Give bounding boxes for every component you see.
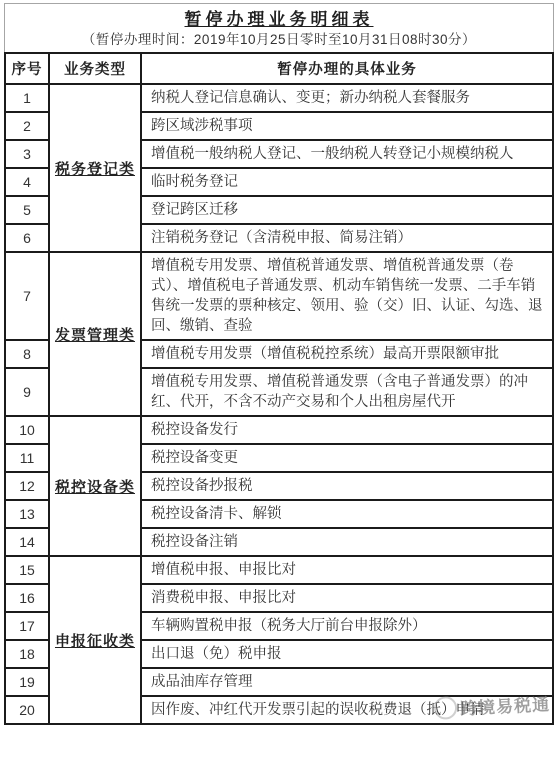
column-header-no: 序号: [5, 53, 49, 84]
business-cell: 增值税专用发票（增值税税控系统）最高开票限额审批: [141, 340, 553, 368]
business-cell: 跨区域涉税事项: [141, 112, 553, 140]
business-cell: 成品油库存管理: [141, 668, 553, 696]
business-cell: 税控设备注销: [141, 528, 553, 556]
category-cell: 税控设备类: [49, 416, 141, 556]
row-number-cell: 5: [5, 196, 49, 224]
business-cell: 税控设备抄报税: [141, 472, 553, 500]
row-number-cell: 16: [5, 584, 49, 612]
row-number-cell: 9: [5, 368, 49, 416]
column-header-category: 业务类型: [49, 53, 141, 84]
business-cell: 出口退（免）税申报: [141, 640, 553, 668]
page-subtitle: （暂停办理时间：2019年10月25日零时至10月31日08时30分）: [5, 31, 553, 49]
row-number-cell: 1: [5, 84, 49, 112]
business-cell: 消费税申报、申报比对: [141, 584, 553, 612]
row-number-cell: 6: [5, 224, 49, 252]
header-row: 序号 业务类型 暂停办理的具体业务: [5, 53, 553, 84]
page-title: 暂停办理业务明细表: [5, 9, 553, 31]
business-cell: 纳税人登记信息确认、变更；新办纳税人套餐服务: [141, 84, 553, 112]
row-number-cell: 19: [5, 668, 49, 696]
row-number-cell: 17: [5, 612, 49, 640]
table-row: 1税务登记类纳税人登记信息确认、变更；新办纳税人套餐服务: [5, 84, 553, 112]
suspended-services-table: 序号 业务类型 暂停办理的具体业务 1税务登记类纳税人登记信息确认、变更；新办纳…: [4, 52, 554, 725]
business-cell: 临时税务登记: [141, 168, 553, 196]
table-row: 7发票管理类增值税专用发票、增值税普通发票、增值税普通发票（卷式）、增值税电子普…: [5, 252, 553, 340]
column-header-business: 暂停办理的具体业务: [141, 53, 553, 84]
document-sheet: 暂停办理业务明细表 （暂停办理时间：2019年10月25日零时至10月31日08…: [0, 0, 558, 757]
row-number-cell: 13: [5, 500, 49, 528]
row-number-cell: 3: [5, 140, 49, 168]
table-body: 1税务登记类纳税人登记信息确认、变更；新办纳税人套餐服务2跨区域涉税事项3增值税…: [5, 84, 553, 724]
business-cell: 税控设备清卡、解锁: [141, 500, 553, 528]
table-title-block: 暂停办理业务明细表 （暂停办理时间：2019年10月25日零时至10月31日08…: [4, 3, 554, 52]
business-cell: 增值税申报、申报比对: [141, 556, 553, 584]
row-number-cell: 18: [5, 640, 49, 668]
business-cell: 增值税专用发票、增值税普通发票（含电子普通发票）的冲红、代开，不含不动产交易和个…: [141, 368, 553, 416]
business-cell: 税控设备发行: [141, 416, 553, 444]
row-number-cell: 2: [5, 112, 49, 140]
business-cell: 因作废、冲红代开发票引起的误收税费退（抵）申请: [141, 696, 553, 724]
row-number-cell: 10: [5, 416, 49, 444]
row-number-cell: 15: [5, 556, 49, 584]
table-row: 15申报征收类增值税申报、申报比对: [5, 556, 553, 584]
row-number-cell: 20: [5, 696, 49, 724]
category-cell: 申报征收类: [49, 556, 141, 724]
table-header: 序号 业务类型 暂停办理的具体业务: [5, 53, 553, 84]
business-cell: 车辆购置税申报（税务大厅前台申报除外）: [141, 612, 553, 640]
category-cell: 发票管理类: [49, 252, 141, 416]
business-cell: 增值税一般纳税人登记、一般纳税人转登记小规模纳税人: [141, 140, 553, 168]
business-cell: 登记跨区迁移: [141, 196, 553, 224]
table-row: 10税控设备类税控设备发行: [5, 416, 553, 444]
row-number-cell: 11: [5, 444, 49, 472]
row-number-cell: 8: [5, 340, 49, 368]
row-number-cell: 14: [5, 528, 49, 556]
business-cell: 注销税务登记（含清税申报、简易注销）: [141, 224, 553, 252]
business-cell: 税控设备变更: [141, 444, 553, 472]
row-number-cell: 7: [5, 252, 49, 340]
category-cell: 税务登记类: [49, 84, 141, 252]
business-cell: 增值税专用发票、增值税普通发票、增值税普通发票（卷式）、增值税电子普通发票、机动…: [141, 252, 553, 340]
row-number-cell: 4: [5, 168, 49, 196]
row-number-cell: 12: [5, 472, 49, 500]
